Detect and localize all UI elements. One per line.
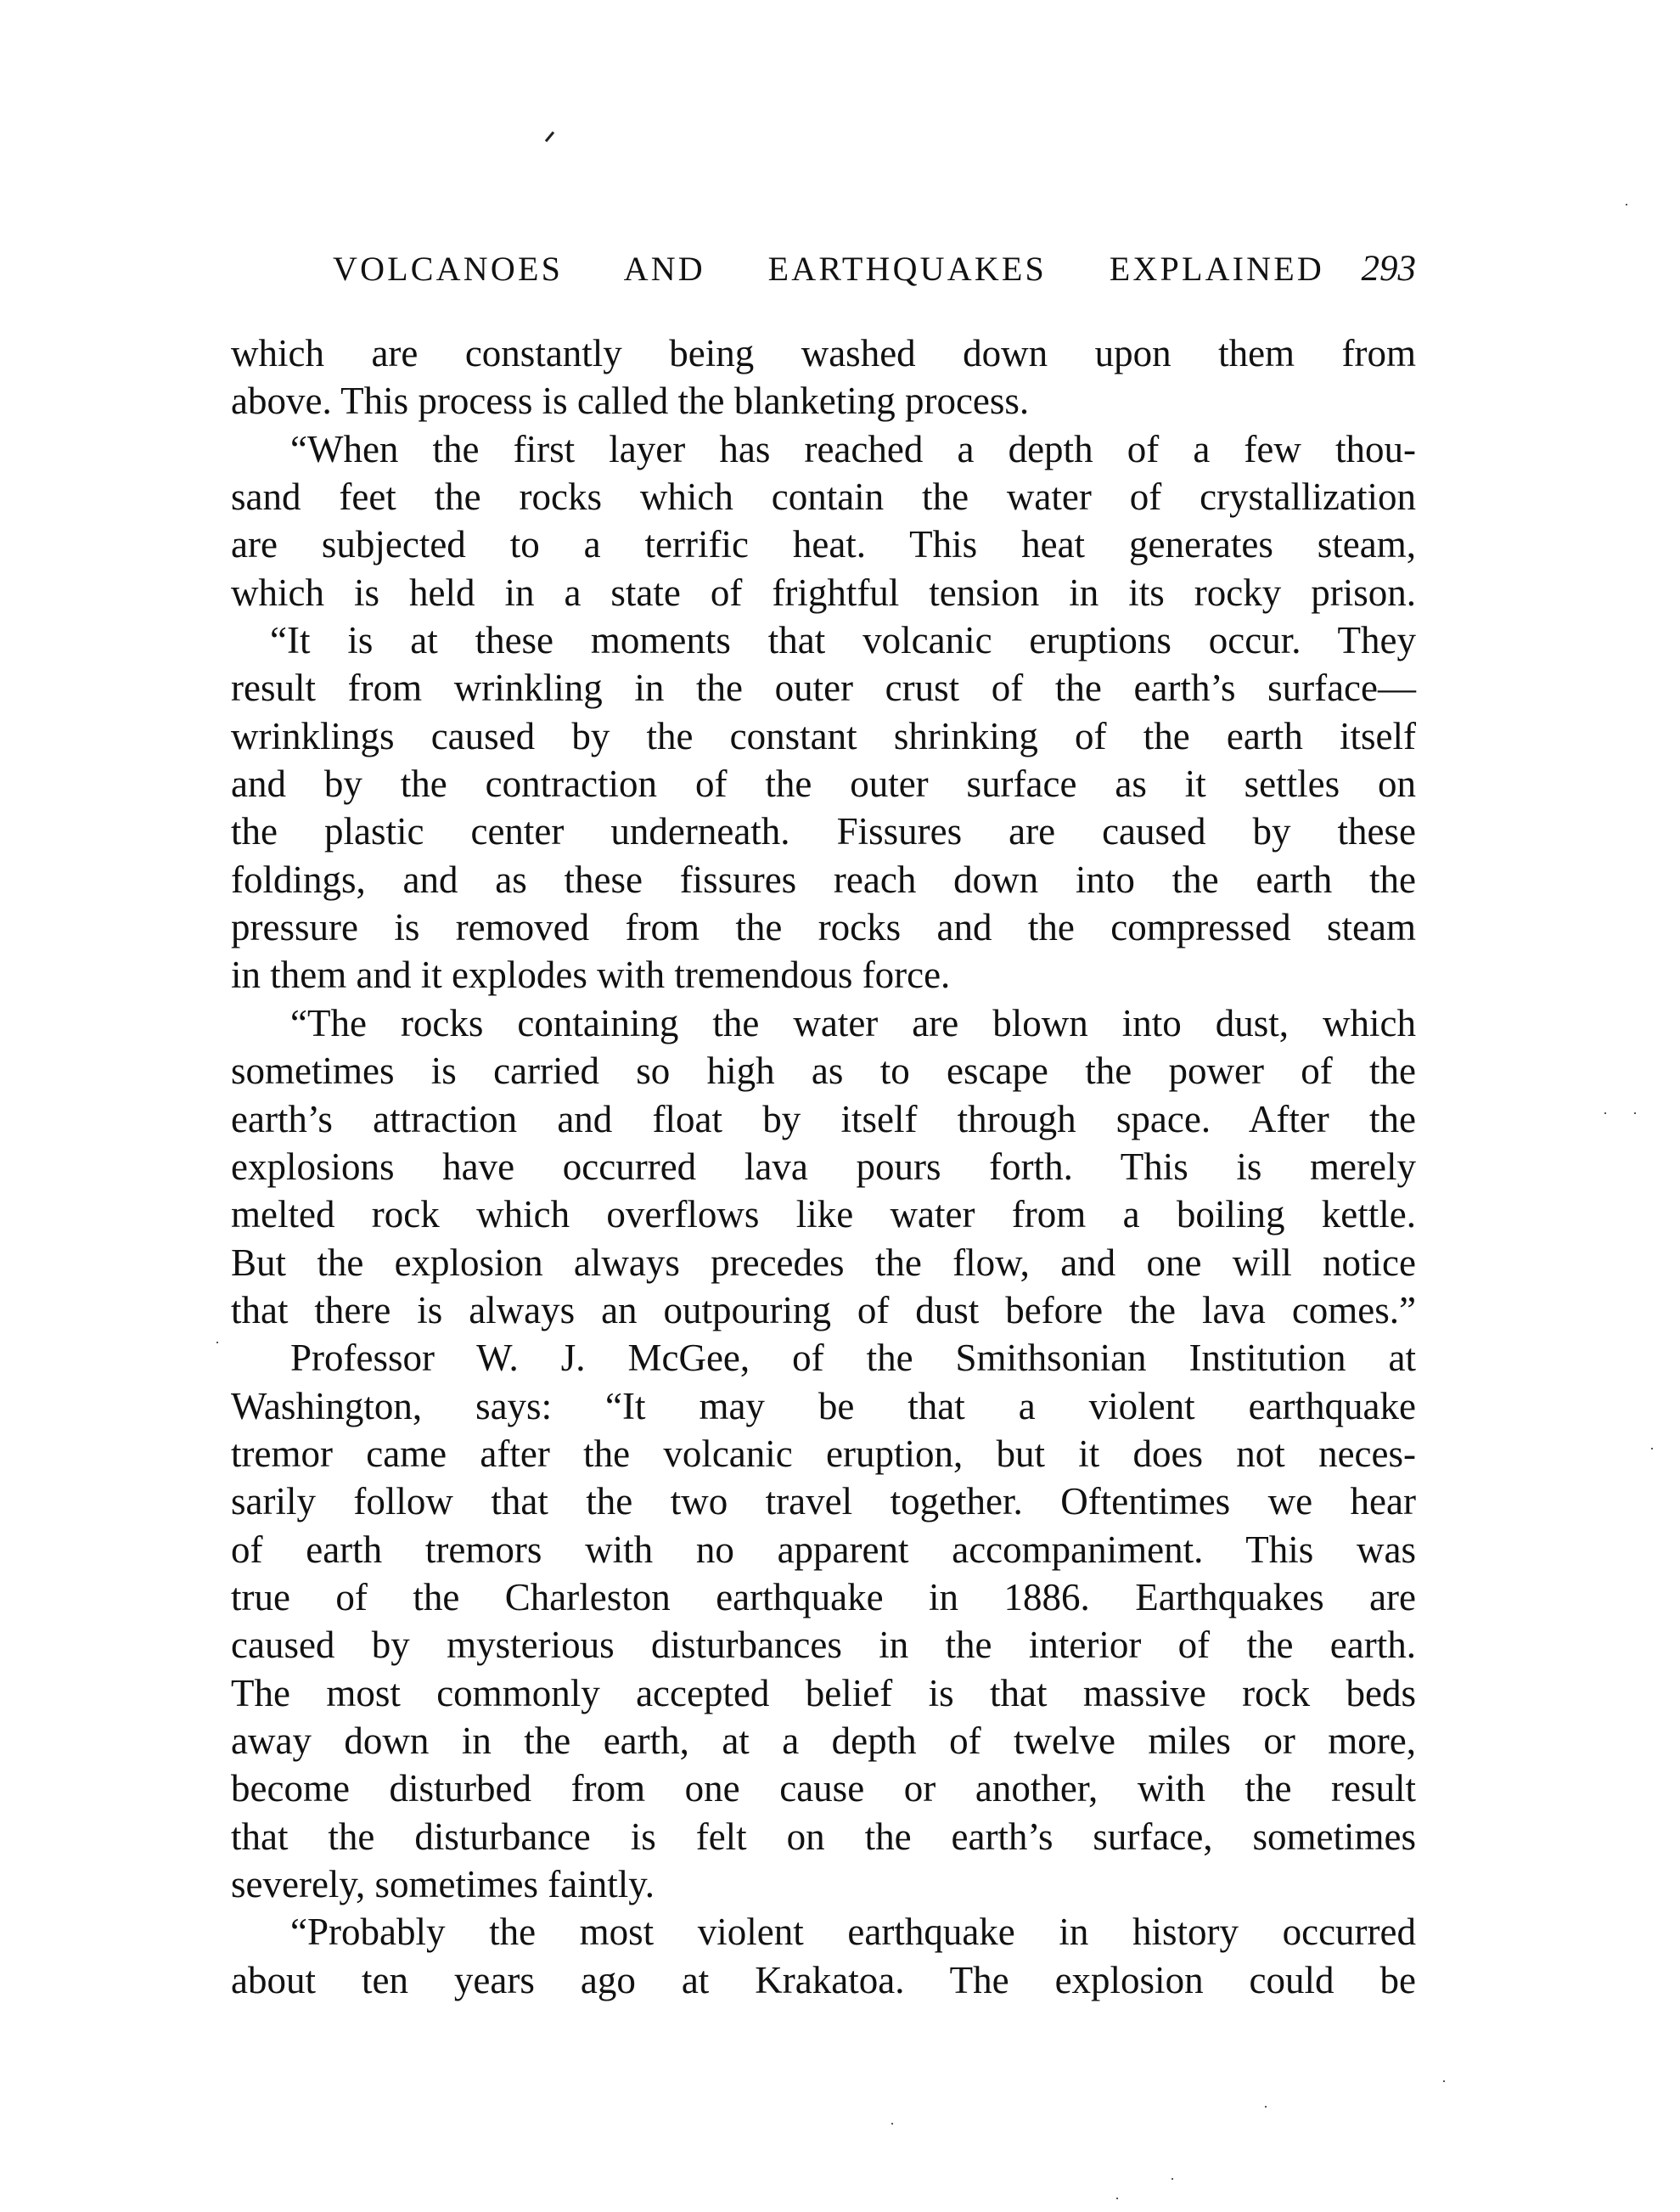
text-line: “It is at these moments that volcanic er… bbox=[231, 616, 1416, 664]
text-line: wrinklings caused by the constant shrink… bbox=[231, 712, 1416, 760]
text-line: which is held in a state of frightful te… bbox=[231, 569, 1416, 616]
scan-dot bbox=[891, 2123, 893, 2125]
text-line: which are constantly being washed down u… bbox=[231, 329, 1416, 377]
scan-dot bbox=[1172, 2178, 1173, 2180]
text-line: sand feet the rocks which contain the wa… bbox=[231, 473, 1416, 521]
scan-dot bbox=[1634, 1112, 1636, 1114]
scan-dot bbox=[216, 1342, 218, 1343]
text-line: and by the contraction of the outer surf… bbox=[231, 760, 1416, 808]
text-line: result from wrinkling in the outer crust… bbox=[231, 664, 1416, 712]
text-line: melted rock which overflows like water f… bbox=[231, 1190, 1416, 1238]
text-line: “When the first layer has reached a dept… bbox=[231, 425, 1416, 473]
text-line: the plastic center underneath. Fissures … bbox=[231, 808, 1416, 855]
scan-dot bbox=[1604, 1112, 1606, 1114]
text-line: But the explosion always precedes the fl… bbox=[231, 1239, 1416, 1286]
text-line: “Probably the most violent earthquake in… bbox=[231, 1908, 1416, 1956]
text-line: sometimes is carried so high as to escap… bbox=[231, 1047, 1416, 1095]
scan-dot bbox=[1116, 2198, 1118, 2199]
text-line: that the disturbance is felt on the eart… bbox=[231, 1813, 1416, 1860]
text-line: are subjected to a terrific heat. This h… bbox=[231, 521, 1416, 568]
text-line: in them and it explodes with tremendous … bbox=[231, 951, 1416, 999]
text-line: earth’s attraction and float by itself t… bbox=[231, 1095, 1416, 1143]
text-line: Professor W. J. McGee, of the Smithsonia… bbox=[231, 1334, 1416, 1382]
text-line: tremor came after the volcanic eruption,… bbox=[231, 1430, 1416, 1477]
text-line: that there is always an outpouring of du… bbox=[231, 1286, 1416, 1334]
text-line: become disturbed from one cause or anoth… bbox=[231, 1765, 1416, 1812]
scan-dot bbox=[1651, 1448, 1653, 1449]
text-line: of earth tremors with no apparent accomp… bbox=[231, 1526, 1416, 1573]
text-line: above. This process is called the blanke… bbox=[231, 377, 1416, 425]
text-line: away down in the earth, at a depth of tw… bbox=[231, 1717, 1416, 1765]
scan-dot bbox=[1443, 2080, 1445, 2082]
text-line: explosions have occurred lava pours fort… bbox=[231, 1143, 1416, 1190]
scan-dot bbox=[1626, 204, 1627, 205]
text-line: true of the Charleston earthquake in 188… bbox=[231, 1573, 1416, 1621]
text-line: caused by mysterious disturbances in the… bbox=[231, 1621, 1416, 1669]
text-line: pressure is removed from the rocks and t… bbox=[231, 903, 1416, 951]
body-text: which are constantly being washed down u… bbox=[231, 329, 1416, 2004]
page-number: 293 bbox=[1358, 248, 1416, 290]
text-line: The most commonly accepted belief is tha… bbox=[231, 1669, 1416, 1717]
scan-dot bbox=[1265, 2106, 1267, 2108]
text-line: about ten years ago at Krakatoa. The exp… bbox=[231, 1956, 1416, 2004]
running-head: VOLCANOES AND EARTHQUAKES EXPLAINED bbox=[333, 248, 1324, 290]
text-line: foldings, and as these fissures reach do… bbox=[231, 856, 1416, 903]
text-line: sarily follow that the two travel togeth… bbox=[231, 1477, 1416, 1525]
text-line: “The rocks containing the water are blow… bbox=[231, 999, 1416, 1047]
text-line: severely, sometimes faintly. bbox=[231, 1860, 1416, 1908]
text-line: Washington, says: “It may be that a viol… bbox=[231, 1382, 1416, 1430]
book-page: VOLCANOES AND EARTHQUAKES EXPLAINED 293 … bbox=[0, 0, 1680, 2212]
scan-speck bbox=[545, 132, 554, 143]
